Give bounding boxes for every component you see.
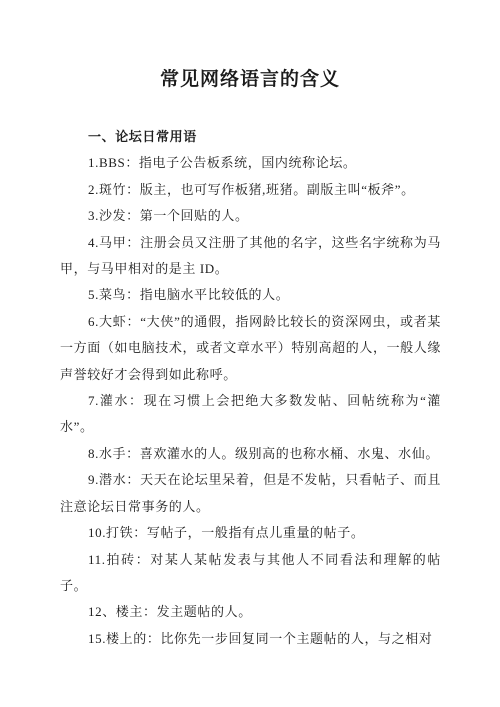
section-heading: 一、论坛日常用语: [60, 124, 441, 150]
list-item-bbs: 1.BBS：指电子公告板系统，国内统称论坛。: [60, 150, 441, 176]
list-item-shuishou: 8.水手：喜欢灌水的人。级别高的也称水桶、水鬼、水仙。: [60, 441, 441, 467]
list-item-paizhuan: 11.拍砖：对某人某帖发表与其他人不同看法和理解的帖子。: [60, 547, 441, 600]
list-item-majia: 4.马甲：注册会员又注册了其他的名字，这些名字统称为马甲，与马甲相对的是主 ID…: [60, 230, 441, 283]
list-item-banzhu: 2.斑竹：版主，也可写作板猪,班猪。副版主叫“板斧”。: [60, 177, 441, 203]
document-page: 常见网络语言的含义 一、论坛日常用语 1.BBS：指电子公告板系统，国内统称论坛…: [0, 0, 500, 707]
page-title: 常见网络语言的含义: [0, 64, 500, 91]
list-item-cainiao: 5.菜鸟：指电脑水平比较低的人。: [60, 282, 441, 308]
list-item-datie: 10.打铁：写帖子，一般指有点儿重量的帖子。: [60, 520, 441, 546]
list-item-loushangde: 15.楼上的：比你先一步回复同一个主题帖的人，与之相对: [60, 626, 441, 652]
list-item-shafa: 3.沙发：第一个回贴的人。: [60, 203, 441, 229]
list-item-louzhu: 12、楼主：发主题帖的人。: [60, 599, 441, 625]
list-item-daxia: 6.大虾：“大侠”的通假，指网龄比较长的资深网虫，或者某一方面（如电脑技术，或者…: [60, 309, 441, 388]
document-body: 一、论坛日常用语 1.BBS：指电子公告板系统，国内统称论坛。 2.斑竹：版主，…: [60, 124, 441, 652]
list-item-qianshui: 9.潜水：天天在论坛里呆着，但是不发帖，只看帖子、而且注意论坛日常事务的人。: [60, 467, 441, 520]
list-item-guanshui: 7.灌水：现在习惯上会把绝大多数发帖、回帖统称为“灌水”。: [60, 388, 441, 441]
